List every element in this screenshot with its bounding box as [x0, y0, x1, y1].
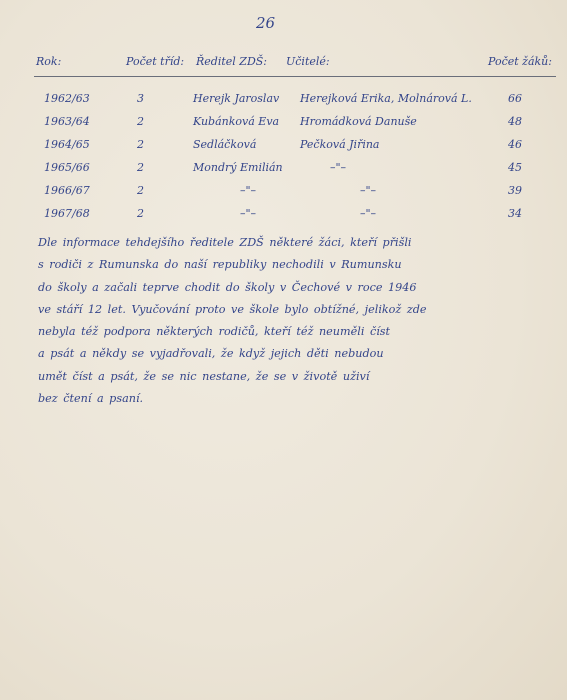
table-body: 1962/63 3 Herejk Jaroslav Herejková Erik… — [0, 92, 567, 230]
cell-director: Sedláčková — [193, 138, 256, 151]
cell-classes: 2 — [137, 115, 144, 128]
cell-pupils: 66 — [508, 92, 522, 105]
cell-teachers: Hromádková Danuše — [300, 115, 417, 128]
table-row: 1966/67 2 –"– –"– 39 — [0, 184, 567, 207]
cell-classes: 2 — [137, 161, 144, 174]
cell-teachers: –"– — [360, 184, 376, 197]
header-director: Ředitel ZDŠ: — [196, 55, 267, 68]
cell-year: 1964/65 — [44, 138, 90, 151]
document-page: 26 Rok: Počet tříd: Ředitel ZDŠ: Učitelé… — [0, 0, 567, 700]
cell-pupils: 34 — [508, 207, 522, 220]
cell-teachers: –"– — [360, 207, 376, 220]
cell-classes: 2 — [137, 138, 144, 151]
cell-director: Mondrý Emilián — [193, 161, 283, 174]
table-row: 1965/66 2 Mondrý Emilián –"– 45 — [0, 161, 567, 184]
cell-director: –"– — [240, 207, 256, 220]
cell-pupils: 46 — [508, 138, 522, 151]
note-line: Dle informace tehdejšího ředitele ZDŠ ně… — [38, 232, 553, 254]
cell-year: 1966/67 — [44, 184, 90, 197]
cell-teachers: –"– — [330, 161, 346, 174]
note-line: nebyla též podpora některých rodičů, kte… — [38, 321, 553, 343]
note-line: do školy a začali teprve chodit do školy… — [38, 277, 553, 299]
cell-director: Kubánková Eva — [193, 115, 279, 128]
cell-pupils: 39 — [508, 184, 522, 197]
table-row: 1962/63 3 Herejk Jaroslav Herejková Erik… — [0, 92, 567, 115]
cell-classes: 2 — [137, 184, 144, 197]
cell-year: 1965/66 — [44, 161, 90, 174]
page-number: 26 — [256, 14, 275, 32]
cell-director: Herejk Jaroslav — [193, 92, 279, 105]
note-line: umět číst a psát, že se nic nestane, že … — [38, 366, 553, 388]
header-teachers: Učitelé: — [286, 55, 330, 68]
cell-year: 1962/63 — [44, 92, 90, 105]
table-row: 1964/65 2 Sedláčková Pečková Jiřina 46 — [0, 138, 567, 161]
cell-teachers: Pečková Jiřina — [300, 138, 379, 151]
table-row: 1963/64 2 Kubánková Eva Hromádková Danuš… — [0, 115, 567, 138]
note-line: ve stáří 12 let. Vyučování proto ve škol… — [38, 299, 553, 321]
header-classes: Počet tříd: — [126, 55, 184, 68]
cell-teachers: Herejková Erika, Molnárová L. — [300, 92, 472, 105]
cell-year: 1967/68 — [44, 207, 90, 220]
header-year: Rok: — [36, 55, 61, 68]
note-line: s rodiči z Rumunska do naší republiky ne… — [38, 254, 553, 276]
cell-classes: 3 — [137, 92, 144, 105]
chronicle-note: Dle informace tehdejšího ředitele ZDŠ ně… — [38, 232, 553, 410]
table-row: 1967/68 2 –"– –"– 34 — [0, 207, 567, 230]
cell-director: –"– — [240, 184, 256, 197]
note-line: a psát a někdy se vyjadřovali, že když j… — [38, 343, 553, 365]
cell-classes: 2 — [137, 207, 144, 220]
cell-pupils: 48 — [508, 115, 522, 128]
header-pupils: Počet žáků: — [488, 55, 552, 68]
table-header: Rok: Počet tříd: Ředitel ZDŠ: Učitelé: P… — [36, 55, 556, 77]
note-line: bez čtení a psaní. — [38, 388, 553, 410]
cell-year: 1963/64 — [44, 115, 90, 128]
header-divider — [34, 76, 556, 77]
cell-pupils: 45 — [508, 161, 522, 174]
